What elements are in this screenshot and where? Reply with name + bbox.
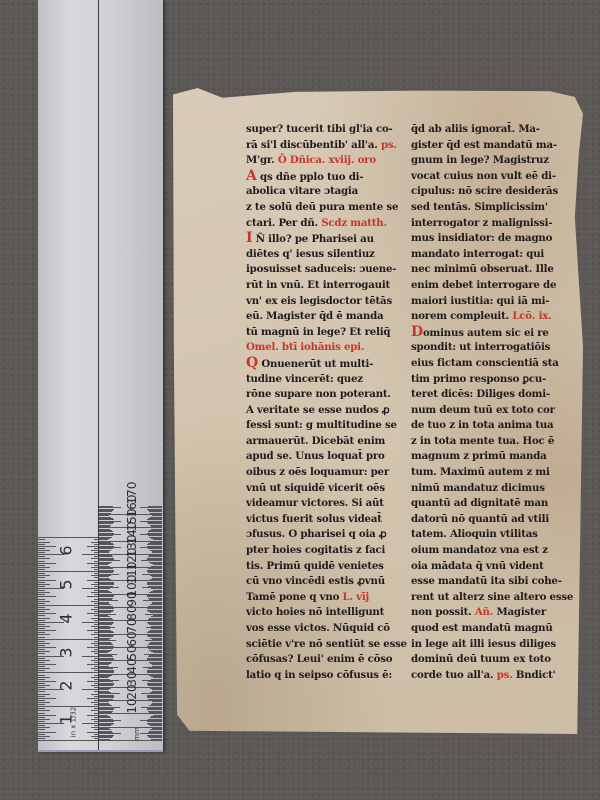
mm-tick (99, 721, 114, 722)
mm-tick (149, 599, 162, 600)
inch-tick (91, 727, 98, 728)
mm-tick (148, 548, 162, 549)
mm-tick (152, 551, 162, 552)
inch-tick (94, 725, 98, 726)
mm-tick (147, 670, 162, 671)
text-line: gister q̄d est mandatū ma- (411, 138, 576, 154)
inch-tick (94, 628, 98, 629)
inch-tick (38, 575, 50, 576)
inch-tick (91, 651, 98, 652)
mm-tick (99, 552, 109, 553)
mm-tick (99, 639, 109, 640)
inch-tick (38, 550, 50, 551)
inch-tick (38, 715, 56, 716)
mm-tick (147, 509, 162, 510)
inch-tick (38, 710, 50, 711)
inch-tick (94, 548, 98, 549)
mm-tick (148, 631, 162, 632)
text-line: victus fuerit solus videat̄ (246, 512, 411, 528)
inch-tick (94, 624, 98, 625)
inch-tick (38, 592, 50, 593)
inch-tick (87, 596, 98, 597)
text-line: sed tentās. Simplicissim' (411, 200, 576, 216)
inch-tick (38, 647, 56, 648)
mm-tick (148, 699, 162, 700)
mm-tick (148, 543, 162, 544)
mm-tick (99, 624, 112, 625)
mm-tick (151, 529, 162, 530)
inch-tick (38, 565, 45, 566)
mm-tick (99, 676, 110, 677)
mm-tick (152, 639, 162, 640)
mm-tick (99, 707, 120, 708)
mm-tick (147, 723, 162, 724)
text-line: num deum tuū ex toto cor (411, 403, 576, 419)
inch-tick (38, 620, 45, 621)
inch-tick (38, 679, 45, 680)
inch-tick (94, 539, 98, 540)
text-line: de tuo z in tota anima tua (411, 418, 576, 434)
mm-tick (148, 535, 162, 536)
inch-tick (38, 677, 50, 678)
mm-tick (99, 651, 110, 652)
inch-tick (38, 717, 45, 718)
mm-tick (99, 717, 111, 718)
mm-label: 170 (125, 478, 139, 508)
inch-tick (94, 675, 98, 676)
mm-tick (143, 667, 162, 668)
inch-tick (38, 702, 50, 703)
mm-tick (99, 511, 112, 512)
mm-tick (149, 731, 162, 732)
mm-tick (99, 533, 114, 534)
mm-tick (99, 667, 118, 668)
mm-tick (99, 622, 114, 623)
mm-tick (99, 599, 112, 600)
mm-tick (99, 602, 109, 603)
inch-tick (87, 681, 98, 682)
text-line: pter hoies cogitatis z faci (246, 543, 411, 559)
inch-tick (38, 687, 45, 688)
mm-tick (99, 525, 111, 526)
inch-tick (38, 569, 45, 570)
inch-tick (94, 721, 98, 722)
mm-tick (99, 662, 112, 663)
mm-tick (99, 675, 112, 676)
mm-tick (99, 588, 110, 589)
mm-tick (148, 510, 162, 511)
mm-tick (148, 586, 162, 587)
mm-tick (99, 600, 118, 601)
mm-tick (152, 515, 162, 516)
mm-tick (150, 725, 162, 726)
inch-tick (38, 615, 45, 616)
inch-tick (91, 634, 98, 635)
mm-tick (147, 696, 162, 697)
mm-tick (152, 578, 162, 579)
inch-tick (38, 537, 78, 538)
mm-tick (142, 574, 162, 575)
inch-tick (38, 563, 56, 564)
inch-tick (82, 554, 98, 555)
inch-tick (38, 725, 45, 726)
inch-tick (94, 544, 98, 545)
mm-tick (147, 659, 162, 660)
inch-tick (38, 634, 50, 635)
mm-tick (147, 583, 162, 584)
inch-tick (38, 681, 56, 682)
inch-tick (38, 740, 78, 741)
text-line: norem compleuit. Lcō. ix. (411, 309, 576, 325)
inch-tick (74, 706, 98, 707)
mm-tick (149, 555, 162, 556)
text-line: fessi sunt: g multitudine se (246, 418, 411, 434)
inch-tick (91, 601, 98, 602)
text-line: tis. Primū quidē venietes (246, 559, 411, 575)
rubricated-initial: I (246, 231, 252, 246)
mm-tick (147, 697, 162, 698)
inch-tick (38, 637, 45, 638)
mm-tick (99, 614, 116, 615)
mm-tick (99, 692, 111, 693)
inch-tick (38, 668, 50, 669)
text-line: ctari. Per dñ. Scdz matth. (246, 216, 411, 232)
inch-tick (94, 687, 98, 688)
text-line: maiori iustitia: qui iā mi- (411, 294, 576, 310)
mm-tick (150, 717, 162, 718)
mm-tick (99, 579, 111, 580)
mm-tick (150, 604, 162, 605)
mm-tick (148, 724, 162, 725)
text-line: cōfusas? Leui' enim ē cōso (246, 652, 411, 668)
mm-tick (99, 506, 113, 507)
mm-tick (99, 534, 121, 535)
inch-tick (91, 626, 98, 627)
mm-tick (99, 739, 110, 740)
mm-tick (99, 575, 111, 576)
inch-tick (94, 603, 98, 604)
inch-tick (38, 645, 45, 646)
inch-tick (87, 613, 98, 614)
inch-tick (38, 567, 50, 568)
inch-tick (94, 738, 98, 739)
mm-tick (150, 579, 162, 580)
text-line: q̄d ab aliis ignorat̄. Ma- (411, 122, 576, 138)
inch-tick (87, 698, 98, 699)
inch-tick (38, 590, 45, 591)
text-line: iposuisset saduceis: ɔuene- (246, 262, 411, 278)
inch-tick (38, 643, 50, 644)
inch-tick (91, 592, 98, 593)
mm-tick (153, 715, 162, 716)
mm-tick (147, 622, 162, 623)
mm-tick (152, 666, 162, 667)
mm-tick (99, 640, 116, 641)
rubric-text: Omel. btī iohānis epi. (246, 341, 364, 353)
mm-tick (140, 534, 162, 535)
mm-tick (151, 739, 162, 740)
mm-tick (148, 518, 162, 519)
rubric-text: Ō Dñica. xviij. oro (278, 154, 376, 166)
mm-tick (141, 707, 162, 708)
mm-tick (147, 709, 162, 710)
mm-tick (99, 656, 113, 657)
mm-tick (99, 688, 111, 689)
mm-tick (99, 729, 111, 730)
inch-tick (94, 691, 98, 692)
inch-tick (38, 658, 45, 659)
mm-tick (99, 543, 113, 544)
mm-tick (99, 632, 114, 633)
mm-tick (151, 626, 162, 627)
inch-label: 4 (57, 608, 76, 628)
text-line: rōne supare non poterant. (246, 387, 411, 403)
mm-tick (147, 558, 162, 559)
mm-tick (147, 646, 162, 647)
mm-tick (99, 691, 109, 692)
inch-tick (38, 605, 78, 606)
inch-tick (38, 666, 45, 667)
mm-tick (99, 643, 112, 644)
inch-tick (38, 653, 45, 654)
mm-tick (150, 642, 162, 643)
mm-tick (99, 546, 114, 547)
mm-tick (99, 642, 111, 643)
text-column-left: super? tucerit tibi gl'ia co-rā si'l dis… (246, 122, 411, 683)
text-line: tum. Maximū autem z mi (411, 465, 576, 481)
inch-tick (38, 626, 50, 627)
inch-label: 3 (57, 642, 76, 662)
mm-tick (149, 537, 162, 538)
text-line: eū. Magister q̄d ē manda (246, 309, 411, 325)
mm-tick (99, 695, 114, 696)
text-line: gnum in lege? Magistruz (411, 153, 576, 169)
inch-tick (91, 660, 98, 661)
mm-tick (99, 538, 110, 539)
mm-tick (149, 592, 162, 593)
inch-tick (38, 628, 45, 629)
text-line: spondit: ut interrogatiōis (411, 340, 576, 356)
text-line: z in tota mente tua. Hoc ē (411, 434, 576, 450)
mm-tick (99, 693, 120, 694)
text-line: victo hoies nō intelligunt (246, 605, 411, 621)
text-line: Q Onuenerūt ut multi- (246, 356, 411, 372)
mm-tick (99, 611, 113, 612)
mm-tick (152, 691, 162, 692)
mm-tick (99, 648, 113, 649)
text-line: enim debet interrogare de (411, 278, 576, 294)
inch-tick (91, 609, 98, 610)
inch-tick (91, 550, 98, 551)
mm-tick (148, 656, 162, 657)
mm-tick (99, 568, 113, 569)
inch-tick (74, 605, 98, 606)
mm-tick (149, 737, 162, 738)
text-line: ɔfusus. O pharisei q oia ꝓ (246, 527, 411, 543)
inch-tick (94, 708, 98, 709)
mm-tick (151, 704, 162, 705)
inch-tick (38, 641, 45, 642)
mm-tick (99, 733, 121, 734)
text-line: A qs dñe pplo tuo di- (246, 169, 411, 185)
mm-tick (152, 664, 162, 665)
mm-tick (99, 677, 108, 678)
inch-tick (38, 700, 45, 701)
mm-tick (153, 564, 162, 565)
inch-tick (91, 584, 98, 585)
inch-tick (94, 620, 98, 621)
text-line: armauerūt. Dicebāt enim (246, 434, 411, 450)
mm-tick (99, 608, 114, 609)
inch-tick (38, 691, 45, 692)
mm-tick (99, 558, 114, 559)
inch-tick (38, 719, 50, 720)
mm-tick (99, 628, 110, 629)
mm-tick (150, 513, 162, 514)
mm-tick (151, 651, 162, 652)
inch-tick (94, 573, 98, 574)
inch-tick (94, 662, 98, 663)
inch-tick (38, 685, 50, 686)
inch-tick (87, 546, 98, 547)
mm-tick (99, 701, 109, 702)
mm-tick (148, 711, 162, 712)
inch-tick (38, 706, 78, 707)
mm-tick (99, 696, 114, 697)
inch-tick (91, 702, 98, 703)
inch-tick (74, 639, 98, 640)
inch-tick (87, 630, 98, 631)
mm-tick (153, 677, 162, 678)
mm-tick (99, 708, 114, 709)
inch-tick (38, 558, 50, 559)
inch-tick (94, 717, 98, 718)
mm-tick (99, 555, 112, 556)
mm-tick (152, 701, 162, 702)
mm-tick (147, 544, 162, 545)
inch-tick (87, 563, 98, 564)
mm-tick (99, 507, 121, 508)
text-line: esse mandatū ita sibi cohe- (411, 574, 576, 590)
inch-tick (94, 700, 98, 701)
inch-tick (82, 689, 98, 690)
mm-tick (153, 615, 162, 616)
text-line: non possit. Añ. Magister (411, 605, 576, 621)
mm-tick (147, 570, 162, 571)
mm-tick (99, 664, 109, 665)
inch-tick (38, 580, 56, 581)
text-line: A veritate se esse nudos ꝓ (246, 403, 411, 419)
inch-tick (38, 603, 45, 604)
inch-tick (38, 596, 56, 597)
inch-tick (38, 639, 78, 640)
mm-tick (99, 635, 114, 636)
inch-label: 6 (57, 541, 76, 561)
inch-tick (38, 584, 50, 585)
mm-tick (149, 675, 162, 676)
mm-tick (148, 598, 162, 599)
rubric-text: Scdz matth. (321, 217, 387, 229)
mm-tick (152, 728, 162, 729)
mm-tick (148, 568, 162, 569)
mm-tick (99, 604, 111, 605)
inch-tick (38, 732, 56, 733)
mm-tick (99, 724, 113, 725)
mm-tick (152, 552, 162, 553)
mm-tick (99, 727, 162, 728)
mm-tick (99, 631, 113, 632)
mm-tick (148, 606, 162, 607)
inch-tick (94, 615, 98, 616)
inch-tick (94, 704, 98, 705)
text-line: dominū deū tuum ex toto (411, 652, 576, 668)
inch-tick (38, 672, 78, 673)
inch-tick (94, 577, 98, 578)
text-line: sciētie v're nō sentiūt se esse (246, 637, 411, 653)
inch-tick (82, 656, 98, 657)
inch-tick (38, 561, 45, 562)
mm-tick (151, 616, 162, 617)
inch-tick (94, 645, 98, 646)
mm-tick (150, 525, 162, 526)
mm-tick (99, 591, 110, 592)
mm-tick (153, 539, 162, 540)
text-line: z te solū deū pura mente se (246, 200, 411, 216)
mm-tick (149, 624, 162, 625)
mm-tick (99, 737, 112, 738)
inch-tick (87, 647, 98, 648)
text-line: magnum z primū manda (411, 449, 576, 465)
mm-tick (140, 507, 162, 508)
inch-tick (94, 599, 98, 600)
mm-tick (150, 688, 162, 689)
mm-tick (151, 679, 162, 680)
text-line: apud se. Unus loquat̄ pro (246, 449, 411, 465)
mm-tick (147, 671, 162, 672)
text-line: eius fictam conscientiā sta (411, 356, 576, 372)
mm-tick (147, 735, 162, 736)
mm-tick (148, 636, 162, 637)
inch-tick (38, 556, 45, 557)
inch-tick (38, 660, 50, 661)
mm-tick (151, 628, 162, 629)
mm-tick (99, 564, 108, 565)
mm-tick (99, 596, 114, 597)
mm-tick (99, 612, 111, 613)
mm-tick (99, 720, 121, 721)
mm-tick (99, 680, 119, 681)
mm-tick (99, 654, 117, 655)
mm-tick (99, 518, 113, 519)
text-line: teret dicēs: Diliges domi- (411, 387, 576, 403)
mm-tick (152, 576, 162, 577)
text-line: quantū ad dignitatē man (411, 496, 576, 512)
inch-tick (91, 668, 98, 669)
inch-tick (91, 710, 98, 711)
mm-tick (150, 517, 162, 518)
inch-tick (91, 736, 98, 737)
mm-tick (151, 563, 162, 564)
mm-tick (145, 614, 162, 615)
mm-tick (153, 590, 162, 591)
mm-tick (99, 627, 115, 628)
inch-tick (82, 723, 98, 724)
mm-tick (99, 616, 110, 617)
inch-tick (38, 738, 45, 739)
text-line: mus insidiator: de magno (411, 231, 576, 247)
inch-tick (91, 575, 98, 576)
inch-tick (38, 670, 45, 671)
